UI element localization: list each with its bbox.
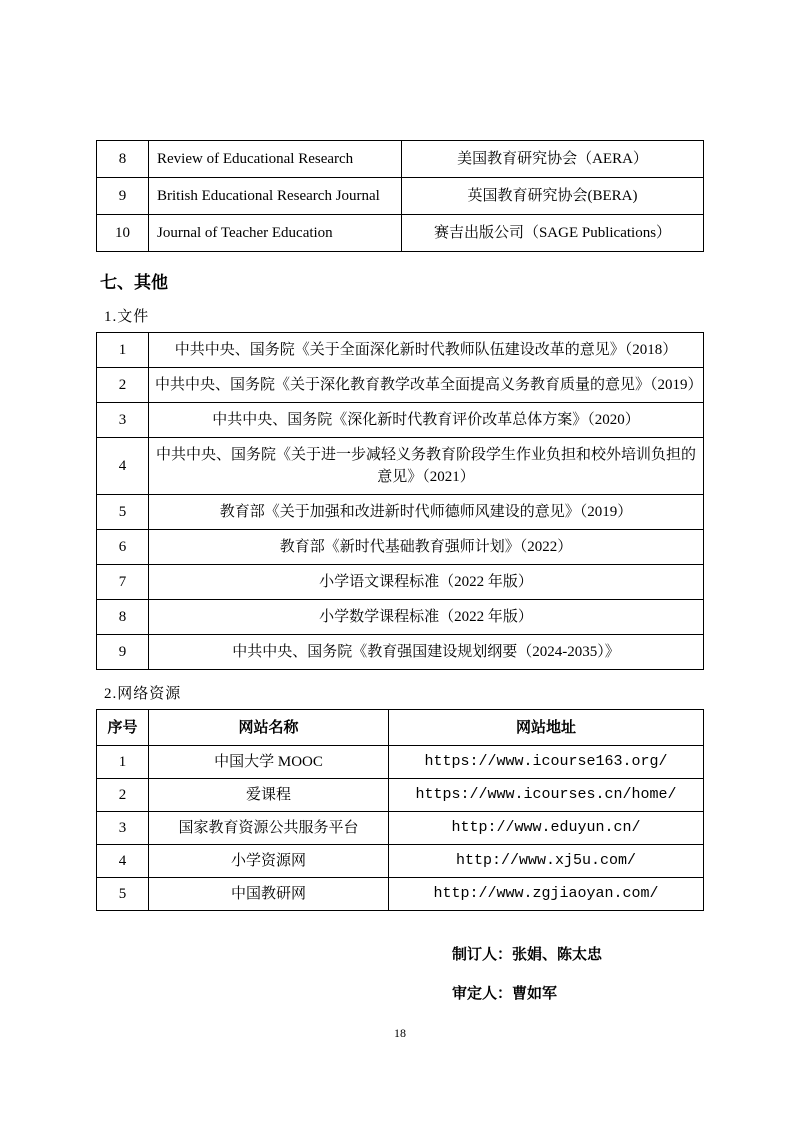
website-name: 中国教研网 xyxy=(149,878,389,911)
journal-row: 9British Educational Research Journal英国教… xyxy=(97,178,704,215)
journal-name: Review of Educational Research xyxy=(149,141,402,178)
document-row-number: 1 xyxy=(97,333,149,368)
document-row-number: 4 xyxy=(97,438,149,495)
journal-row-number: 10 xyxy=(97,215,149,252)
document-row-number: 7 xyxy=(97,565,149,600)
document-row-number: 2 xyxy=(97,368,149,403)
journal-row-number: 8 xyxy=(97,141,149,178)
credits-reviewer: 审定人：曹如军 xyxy=(452,982,704,1003)
document-row-number: 9 xyxy=(97,635,149,670)
website-name: 爱课程 xyxy=(149,779,389,812)
journal-row: 8Review of Educational Research美国教育研究协会（… xyxy=(97,141,704,178)
document-row-number: 6 xyxy=(97,530,149,565)
document-title: 小学语文课程标准（2022 年版） xyxy=(149,565,704,600)
document-row: 5教育部《关于加强和改进新时代师德师风建设的意见》（2019） xyxy=(97,495,704,530)
website-url: https://www.icourse163.org/ xyxy=(389,746,704,779)
document-row: 1中共中央、国务院《关于全面深化新时代教师队伍建设改革的意见》（2018） xyxy=(97,333,704,368)
document-title: 中共中央、国务院《教育强国建设规划纲要（2024-2035）》 xyxy=(149,635,704,670)
credits-maker: 制订人：张娟、陈太忠 xyxy=(452,943,704,964)
journal-organization: 英国教育研究协会(BERA) xyxy=(402,178,704,215)
website-row: 5中国教研网http://www.zgjiaoyan.com/ xyxy=(97,878,704,911)
section-title: 七、其他 xyxy=(100,268,704,293)
website-row-number: 3 xyxy=(97,812,149,845)
document-row-number: 5 xyxy=(97,495,149,530)
column-header-site-url: 网站地址 xyxy=(389,710,704,746)
website-name: 中国大学 MOOC xyxy=(149,746,389,779)
document-page: 8Review of Educational Research美国教育研究协会（… xyxy=(96,0,704,1003)
documents-table: 1中共中央、国务院《关于全面深化新时代教师队伍建设改革的意见》（2018）2中共… xyxy=(96,332,704,670)
document-title: 教育部《关于加强和改进新时代师德师风建设的意见》（2019） xyxy=(149,495,704,530)
column-header-number: 序号 xyxy=(97,710,149,746)
website-row-number: 1 xyxy=(97,746,149,779)
document-row-number: 8 xyxy=(97,600,149,635)
website-name: 国家教育资源公共服务平台 xyxy=(149,812,389,845)
document-row: 7小学语文课程标准（2022 年版） xyxy=(97,565,704,600)
website-url: https://www.icourses.cn/home/ xyxy=(389,779,704,812)
document-row: 4中共中央、国务院《关于进一步减轻义务教育阶段学生作业负担和校外培训负担的意见》… xyxy=(97,438,704,495)
journal-row-number: 9 xyxy=(97,178,149,215)
website-row-number: 2 xyxy=(97,779,149,812)
website-row: 4小学资源网http://www.xj5u.com/ xyxy=(97,845,704,878)
page-number: 18 xyxy=(0,1026,800,1041)
document-title: 小学数学课程标准（2022 年版） xyxy=(149,600,704,635)
website-url: http://www.xj5u.com/ xyxy=(389,845,704,878)
website-url: http://www.zgjiaoyan.com/ xyxy=(389,878,704,911)
web-resources-heading: 2.网络资源 xyxy=(104,682,704,703)
website-row-number: 5 xyxy=(97,878,149,911)
journal-organization: 赛吉出版公司（SAGE Publications） xyxy=(402,215,704,252)
journal-name: Journal of Teacher Education xyxy=(149,215,402,252)
website-row: 1中国大学 MOOChttps://www.icourse163.org/ xyxy=(97,746,704,779)
documents-heading: 1.文件 xyxy=(104,305,704,326)
document-title: 教育部《新时代基础教育强师计划》（2022） xyxy=(149,530,704,565)
credits-block: 制订人：张娟、陈太忠 审定人：曹如军 xyxy=(452,943,704,1003)
document-title: 中共中央、国务院《关于进一步减轻义务教育阶段学生作业负担和校外培训负担的意见》（… xyxy=(149,438,704,495)
document-row: 2中共中央、国务院《关于深化教育教学改革全面提高义务教育质量的意见》（2019） xyxy=(97,368,704,403)
document-row: 8小学数学课程标准（2022 年版） xyxy=(97,600,704,635)
document-row-number: 3 xyxy=(97,403,149,438)
web-resources-table: 序号 网站名称 网站地址 1中国大学 MOOChttps://www.icour… xyxy=(96,709,704,911)
journal-name: British Educational Research Journal xyxy=(149,178,402,215)
website-url: http://www.eduyun.cn/ xyxy=(389,812,704,845)
website-row: 3国家教育资源公共服务平台http://www.eduyun.cn/ xyxy=(97,812,704,845)
document-title: 中共中央、国务院《关于深化教育教学改革全面提高义务教育质量的意见》（2019） xyxy=(149,368,704,403)
journal-row: 10Journal of Teacher Education赛吉出版公司（SAG… xyxy=(97,215,704,252)
journal-organization: 美国教育研究协会（AERA） xyxy=(402,141,704,178)
document-title: 中共中央、国务院《关于全面深化新时代教师队伍建设改革的意见》（2018） xyxy=(149,333,704,368)
website-row-number: 4 xyxy=(97,845,149,878)
column-header-site-name: 网站名称 xyxy=(149,710,389,746)
journals-table: 8Review of Educational Research美国教育研究协会（… xyxy=(96,140,704,252)
document-row: 3中共中央、国务院《深化新时代教育评价改革总体方案》（2020） xyxy=(97,403,704,438)
web-resources-header-row: 序号 网站名称 网站地址 xyxy=(97,710,704,746)
website-row: 2爱课程https://www.icourses.cn/home/ xyxy=(97,779,704,812)
document-row: 6教育部《新时代基础教育强师计划》（2022） xyxy=(97,530,704,565)
website-name: 小学资源网 xyxy=(149,845,389,878)
document-title: 中共中央、国务院《深化新时代教育评价改革总体方案》（2020） xyxy=(149,403,704,438)
document-row: 9中共中央、国务院《教育强国建设规划纲要（2024-2035）》 xyxy=(97,635,704,670)
